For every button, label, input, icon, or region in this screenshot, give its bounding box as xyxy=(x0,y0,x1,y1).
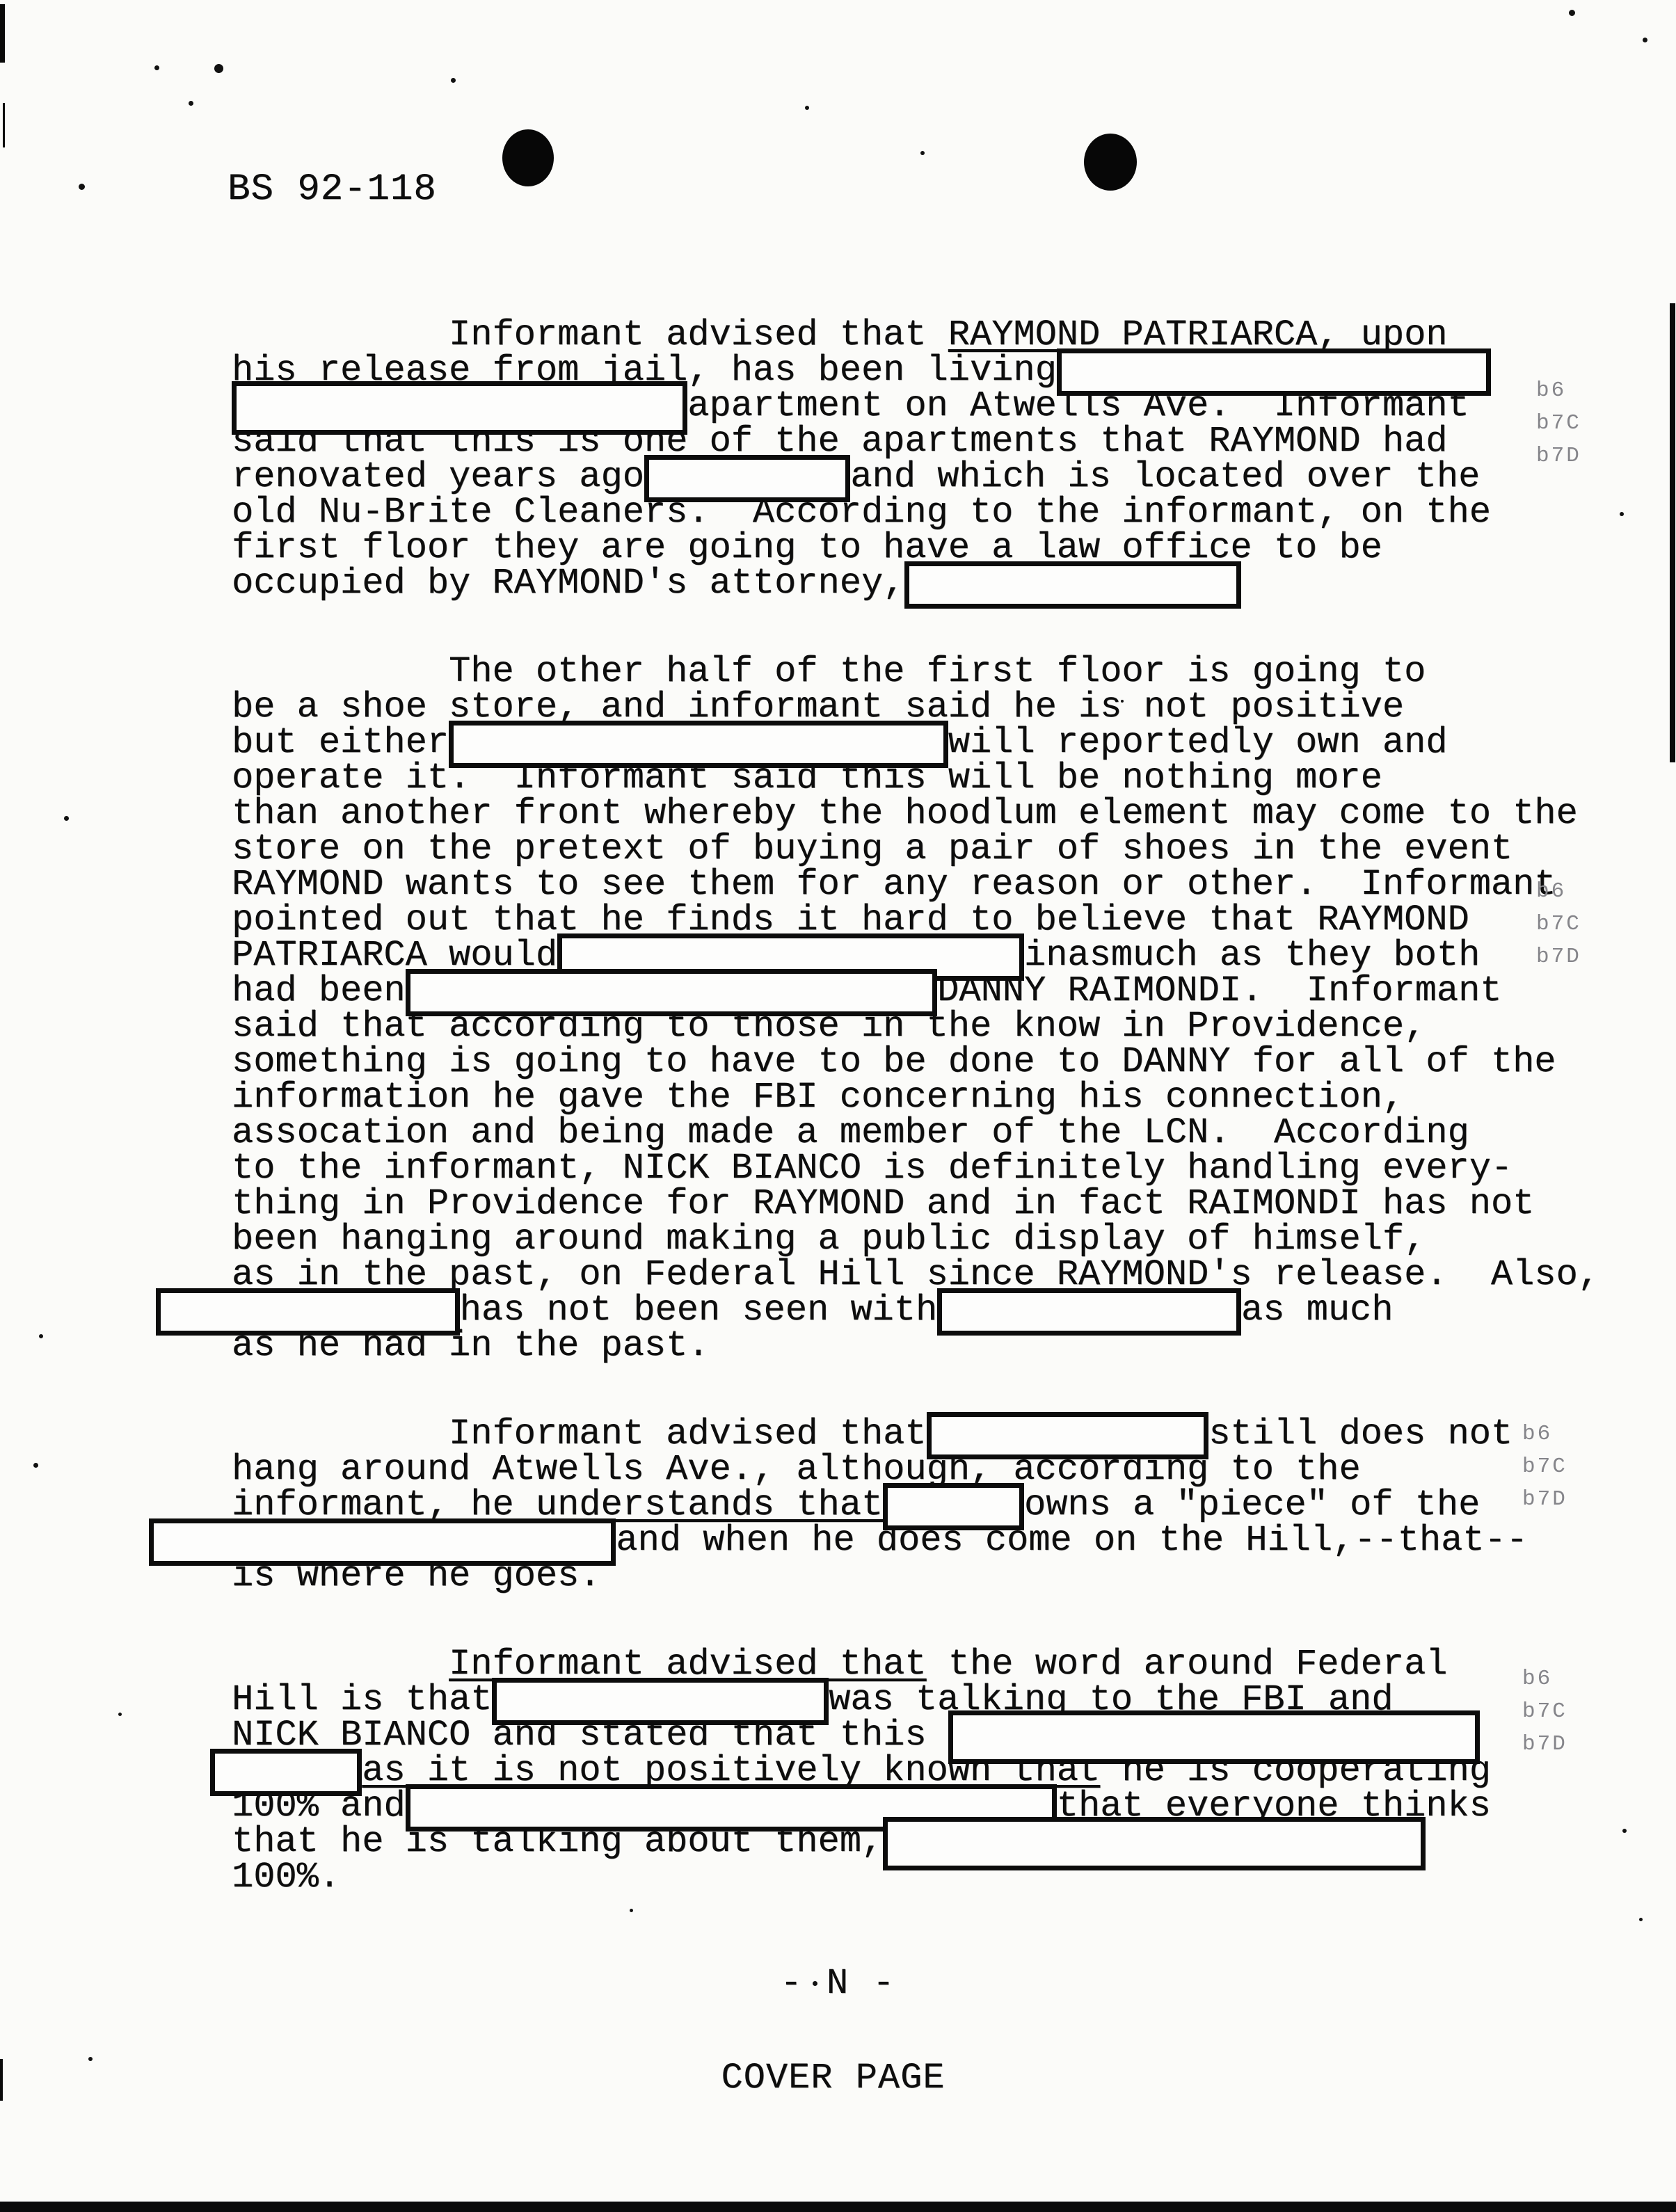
classification-code: b7C xyxy=(1522,1450,1567,1483)
redaction-box xyxy=(927,1416,1209,1452)
classification-code: b6 xyxy=(1522,1418,1567,1450)
redaction-box xyxy=(948,1717,1481,1753)
text-line: PATRIARCA wouldinasmuch as they both xyxy=(232,938,1623,973)
classification-code: b7D xyxy=(1536,440,1581,472)
text-run: as much xyxy=(1241,1290,1393,1331)
classification-note: b6b7Cb7D xyxy=(1536,875,1581,973)
scan-speck xyxy=(214,64,223,73)
redaction-box xyxy=(406,973,938,1009)
redaction-box xyxy=(904,566,1241,601)
text-line: old Nu-Brite Cleaners. According to the … xyxy=(232,495,1623,530)
paragraph: Informant advised that RAYMOND PATRIARCA… xyxy=(232,317,1623,601)
redaction-box xyxy=(149,1523,616,1558)
paragraph: Informant advised that the word around F… xyxy=(232,1646,1623,1895)
redaction-box xyxy=(644,459,850,495)
redaction-box xyxy=(557,938,1024,973)
classification-code: b6 xyxy=(1536,875,1581,908)
text-line: informant, he understands thatowns a "pi… xyxy=(232,1487,1623,1523)
scan-speck xyxy=(79,184,85,190)
redaction-box xyxy=(210,1753,362,1788)
hole-punch-mark-right xyxy=(1084,134,1137,191)
scan-speck xyxy=(630,1909,633,1912)
scan-speck xyxy=(1569,10,1575,16)
scan-speck xyxy=(813,1981,817,1986)
scan-speck xyxy=(33,1463,38,1468)
text-line: Informant advised that RAYMOND PATRIARCA… xyxy=(232,317,1623,353)
redaction-box xyxy=(449,725,948,760)
classification-code: b7D xyxy=(1522,1483,1567,1516)
text-line: NICK BIANCO and stated that this xyxy=(232,1717,1623,1753)
classification-code: b6 xyxy=(1522,1662,1567,1695)
scan-speck xyxy=(1643,38,1647,42)
text-run: 100%. xyxy=(232,1857,340,1898)
text-line: Informant advised that the word around F… xyxy=(232,1646,1623,1682)
text-line: RAYMOND wants to see them for any reason… xyxy=(232,867,1623,902)
text-line: but eitherwill reportedly own and xyxy=(232,725,1623,760)
scan-speck xyxy=(805,106,809,110)
document-body: Informant advised that RAYMOND PATRIARCA… xyxy=(232,317,1623,1895)
hole-punch-mark-left xyxy=(502,129,554,186)
redaction-box xyxy=(156,1292,460,1328)
scan-edge-mark xyxy=(0,4,5,63)
classification-note: b6b7Cb7D xyxy=(1536,374,1581,472)
text-line: to the informant, NICK BIANCO is definit… xyxy=(232,1151,1623,1186)
scan-speck xyxy=(88,2057,93,2061)
text-line: The other half of the first floor is goi… xyxy=(232,654,1623,689)
scan-speck xyxy=(39,1334,43,1338)
footer-page-mark: - N - xyxy=(0,1963,1676,2004)
classification-code: b7C xyxy=(1536,407,1581,440)
classification-note: b6b7Cb7D xyxy=(1522,1662,1567,1761)
text-line: has not been seen withas much xyxy=(232,1292,1623,1328)
scan-speck xyxy=(1639,1918,1643,1921)
case-number: BS 92-118 xyxy=(228,171,437,209)
classification-code: b7D xyxy=(1522,1728,1567,1761)
redaction-box xyxy=(937,1292,1241,1328)
paragraph: The other half of the first floor is goi… xyxy=(232,654,1623,1363)
text-line: first floor they are going to have a law… xyxy=(232,530,1623,566)
scan-speck xyxy=(451,78,456,83)
scan-speck xyxy=(189,101,193,106)
classification-code: b7D xyxy=(1536,940,1581,973)
text-line: be a shoe store, and informant said he i… xyxy=(232,689,1623,725)
classification-code: b7C xyxy=(1536,908,1581,940)
redaction-box xyxy=(492,1682,829,1717)
text-line: assocation and being made a member of th… xyxy=(232,1115,1623,1151)
text-line: as in the past, on Federal Hill since RA… xyxy=(232,1257,1623,1292)
text-line: store on the pretext of buying a pair of… xyxy=(232,831,1623,867)
text-line: thing in Providence for RAYMOND and in f… xyxy=(232,1186,1623,1221)
redaction-box xyxy=(883,1487,1024,1523)
scan-edge-mark xyxy=(3,103,5,147)
text-line: than another front whereby the hoodlum e… xyxy=(232,796,1623,831)
scan-edge-mark xyxy=(1670,303,1675,762)
scan-speck xyxy=(1622,1829,1627,1833)
scan-edge-mark xyxy=(0,2202,1676,2212)
redaction-box xyxy=(883,1824,1426,1859)
redaction-box xyxy=(1057,353,1491,388)
scan-speck xyxy=(1121,700,1124,703)
scan-speck xyxy=(64,816,69,821)
text-line: renovated years agoand which is located … xyxy=(232,459,1623,495)
scan-speck xyxy=(920,151,925,155)
classification-code: b6 xyxy=(1536,374,1581,407)
text-line: something is going to have to be done to… xyxy=(232,1044,1623,1080)
text-line: information he gave the FBI concerning h… xyxy=(232,1080,1623,1115)
redaction-box xyxy=(232,388,687,424)
classification-note: b6b7Cb7D xyxy=(1522,1418,1567,1516)
footer-cover-page-label: COVER PAGE xyxy=(0,2058,1666,2099)
classification-code: b7C xyxy=(1522,1695,1567,1728)
text-line: Informant advised thatstill does not xyxy=(232,1416,1623,1452)
scan-speck xyxy=(118,1713,122,1716)
scanned-document-page: BS 92-118 Informant advised that RAYMOND… xyxy=(0,0,1676,2212)
text-line: pointed out that he finds it hard to bel… xyxy=(232,902,1623,938)
text-line: occupied by RAYMOND's attorney, xyxy=(232,566,1623,601)
paragraph: Informant advised thatstill does nothang… xyxy=(232,1416,1623,1594)
text-line: been hanging around making a public disp… xyxy=(232,1221,1623,1257)
text-line: had beenDANNY RAIMONDI. Informant xyxy=(232,973,1623,1009)
scan-speck xyxy=(154,65,159,70)
scan-speck xyxy=(1620,512,1624,516)
text-run: and when he does come on the Hill,--that… xyxy=(616,1520,1528,1561)
scan-edge-mark xyxy=(0,2059,3,2101)
text-run: occupied by RAYMOND's attorney, xyxy=(232,563,904,604)
